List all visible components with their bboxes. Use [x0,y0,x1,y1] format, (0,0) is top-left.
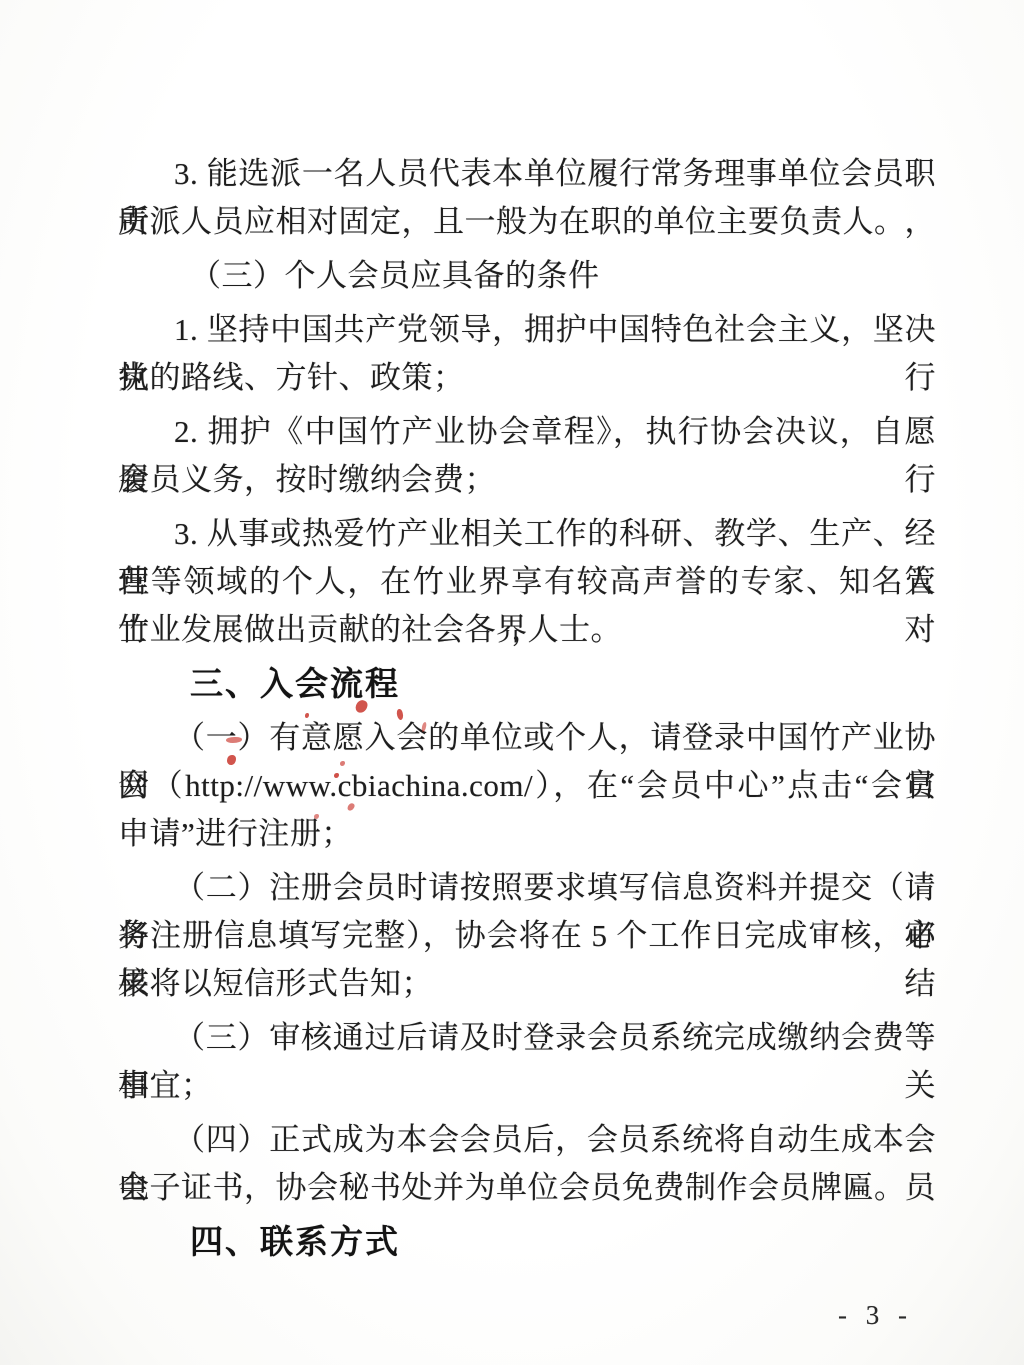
text-line: 电子证书，协会秘书处并为单位会员免费制作会员牌匾。 [118,1164,936,1212]
text-line: （四）正式成为本会会员后，会员系统将自动生成本会会员 [118,1116,936,1164]
text-line: 理等领域的个人，在竹业界享有较高声誉的专家、知名人士，对 [118,558,936,606]
page-number: - 3 - [838,1300,910,1331]
text-line: 3. 从事或热爱竹产业相关工作的科研、教学、生产、经营管 [118,510,936,558]
text-line: 1. 坚持中国共产党领导，拥护中国特色社会主义，坚决执行 [118,306,936,354]
section-heading-membership-process: 三、入会流程 [118,660,936,708]
scanned-document-page: 3. 能选派一名人员代表本单位履行常务理事单位会员职责， 所派人员应相对固定，且… [0,0,1024,1365]
text-line: （二）注册会员时请按照要求填写信息资料并提交（请务必 [118,864,936,912]
text-line: 2. 拥护《中国竹产业协会章程》，执行协会决议，自愿履行 [118,408,936,456]
text-line-website-url: 网（http://www.cbiachina.com/），在“会员中心”点击“会… [118,762,936,810]
text-line: 3. 能选派一名人员代表本单位履行常务理事单位会员职责， [118,150,936,198]
text-line: 所派人员应相对固定，且一般为在职的单位主要负责人。 [118,198,936,246]
section-heading-contact-info: 四、联系方式 [118,1218,936,1266]
text-line: （一）有意愿入会的单位或个人，请登录中国竹产业协会官 [118,714,936,762]
text-line: 申请”进行注册； [118,810,936,858]
text-line: 将注册信息填写完整），协会将在 5 个工作日完成审核，审核结 [118,912,936,960]
text-line: （三）审核通过后请及时登录会员系统完成缴纳会费等相关 [118,1014,936,1062]
document-body: 3. 能选派一名人员代表本单位履行常务理事单位会员职责， 所派人员应相对固定，且… [118,150,936,1266]
subsection-heading-individual-member: （三）个人会员应具备的条件 [118,252,936,300]
